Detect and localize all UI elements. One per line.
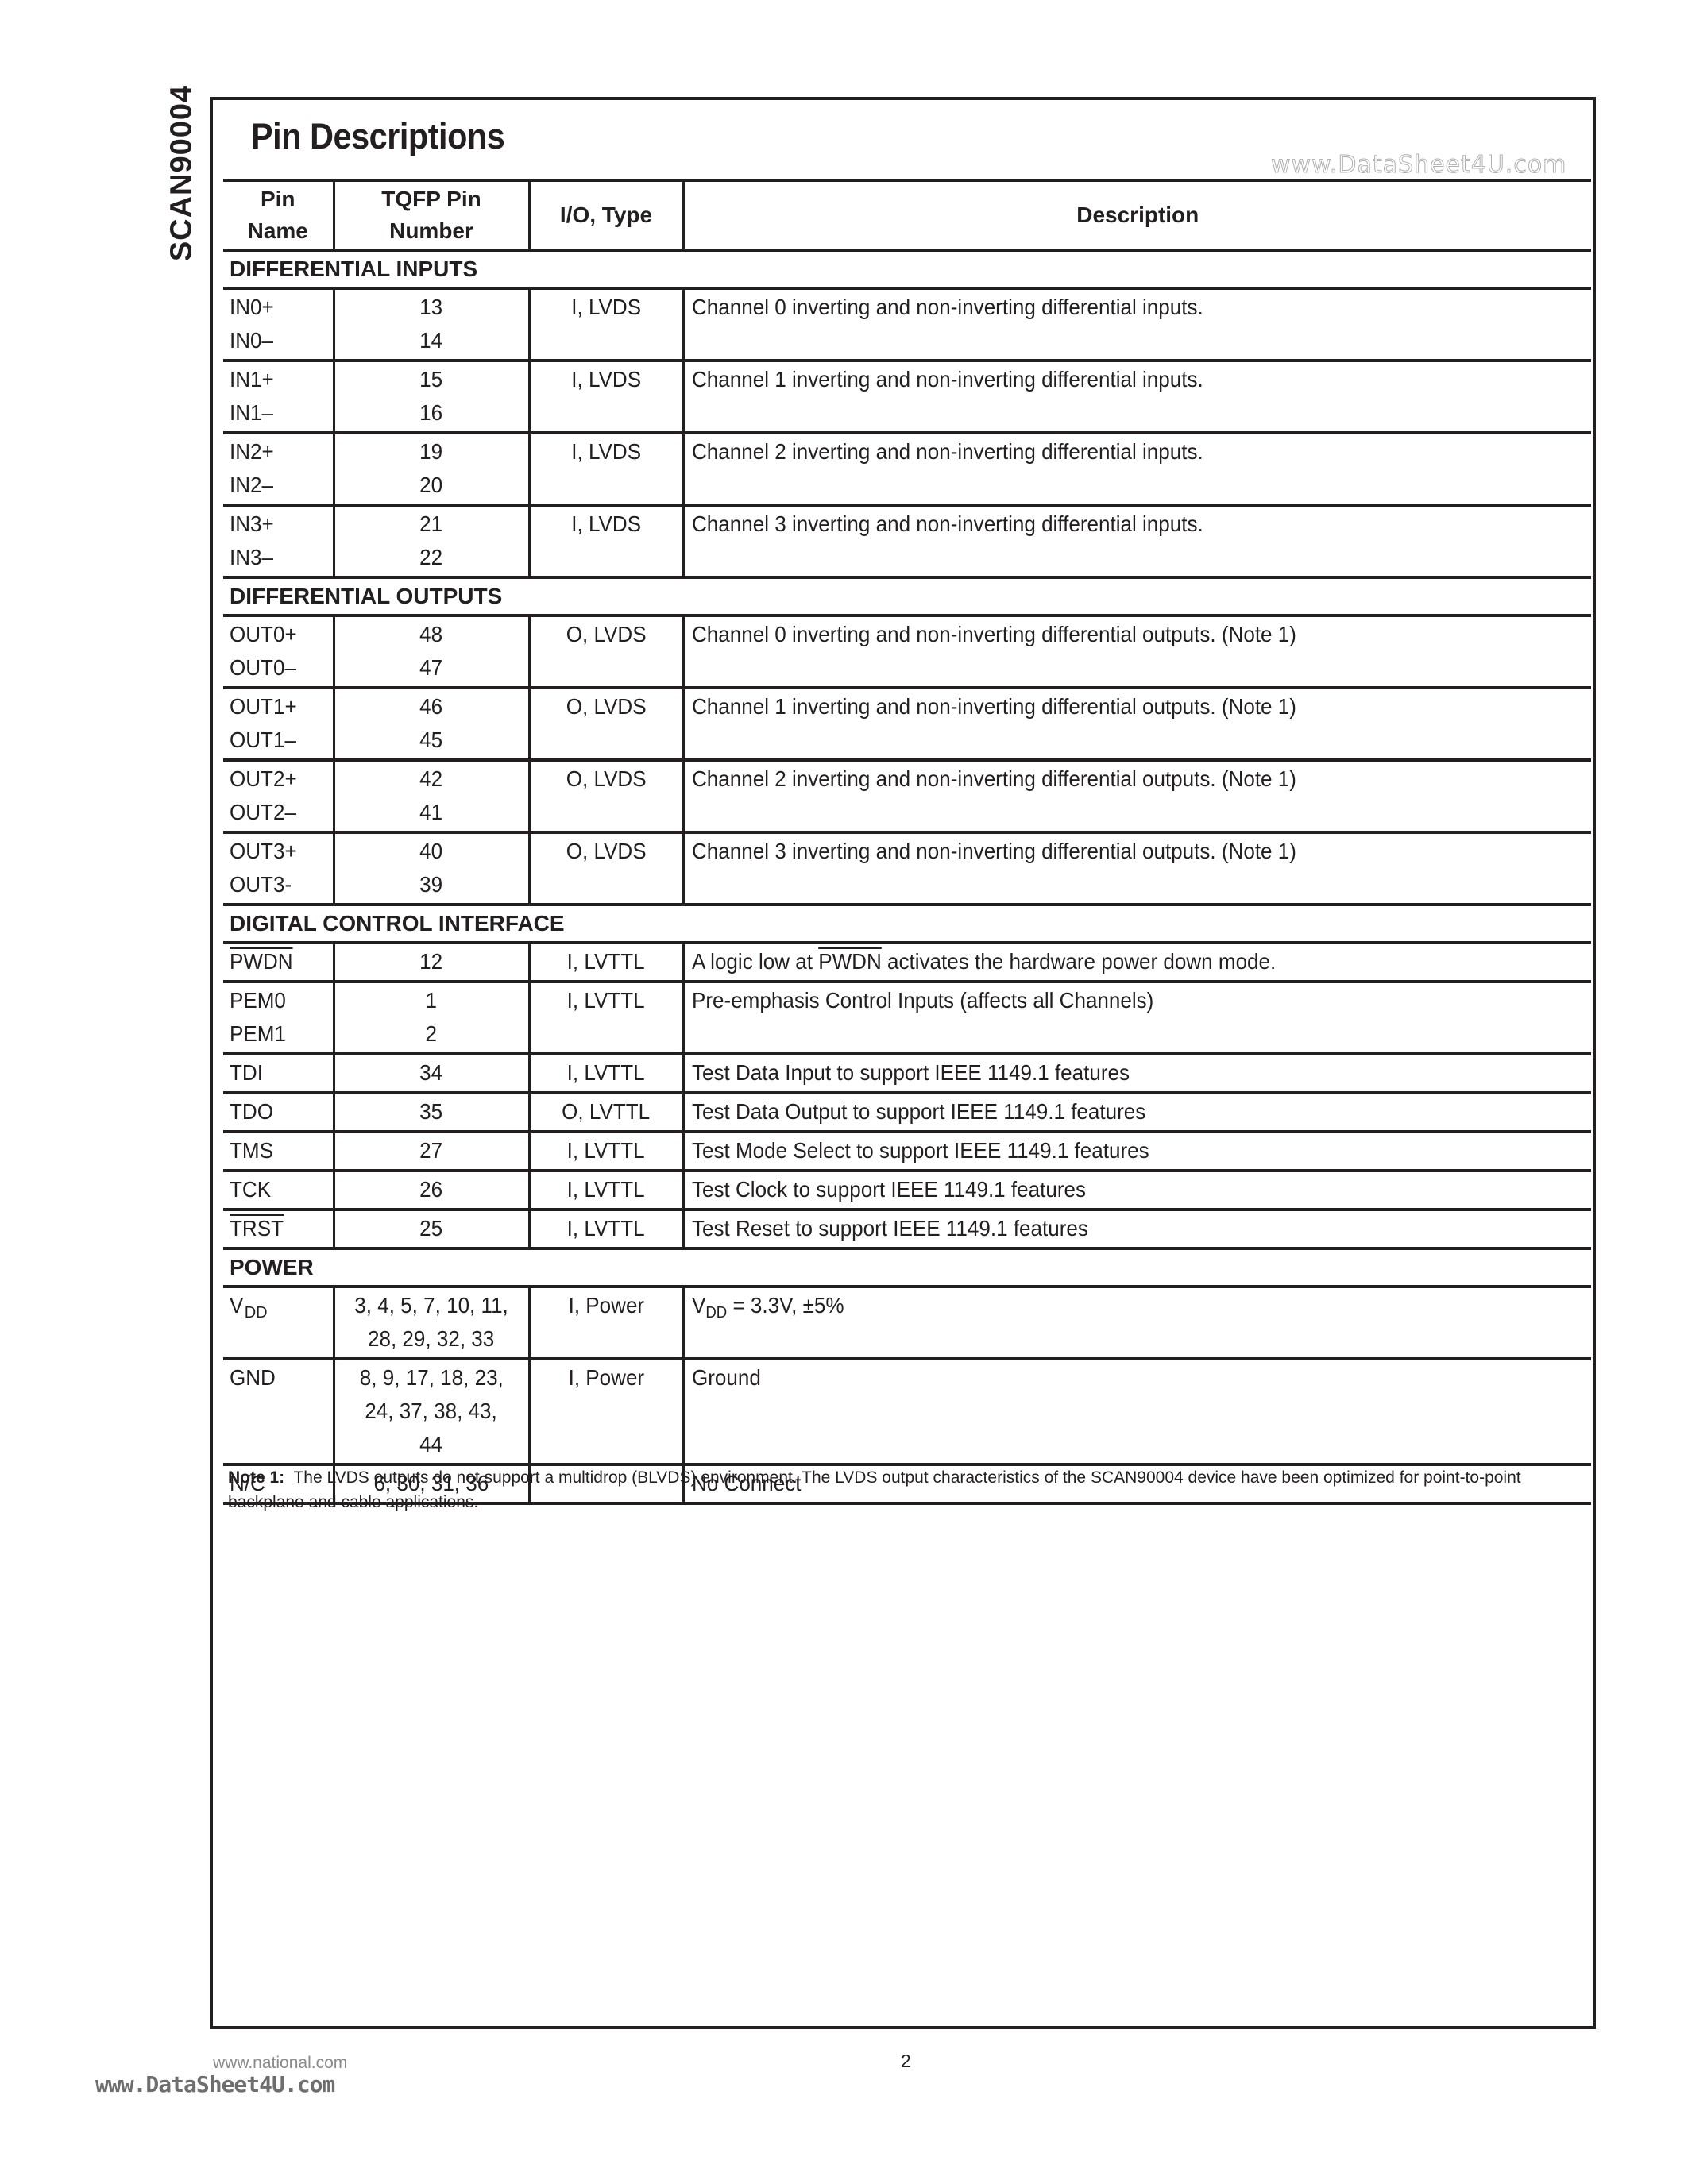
pin-number: 24, 37, 38, 43, — [365, 1395, 498, 1428]
io-type: I, LVDS — [571, 435, 641, 469]
io-type: O, LVDS — [566, 762, 647, 796]
pin-number: 34 — [420, 1056, 443, 1090]
pin-name: IN3– — [230, 541, 273, 574]
io-type: I, LVDS — [571, 507, 641, 541]
pin-name: IN3+ — [230, 507, 274, 541]
pin-number-cell: 2122 — [334, 505, 529, 577]
page-number: 2 — [901, 2051, 911, 2072]
description: Test Data Input to support IEEE 1149.1 f… — [692, 1056, 1130, 1090]
io-type: I, LVTTL — [567, 1056, 645, 1090]
description-cell: Test Data Output to support IEEE 1149.1 … — [683, 1093, 1591, 1132]
io-type-cell: I, Power — [529, 1287, 683, 1359]
pin-number-cell: 35 — [334, 1093, 529, 1132]
pin-number: 21 — [420, 507, 443, 541]
pin-name-cell: IN1+IN1– — [223, 361, 334, 433]
pin-name-cell: TDI — [223, 1054, 334, 1093]
section-title: DIFFERENTIAL INPUTS — [223, 250, 1591, 288]
description: Channel 3 inverting and non-inverting di… — [692, 507, 1203, 541]
description: Channel 2 inverting and non-inverting di… — [692, 435, 1203, 469]
description: Channel 0 inverting and non-inverting di… — [692, 618, 1296, 651]
io-type-cell: I, LVTTL — [529, 1210, 683, 1248]
pin-number-cell: 12 — [334, 943, 529, 982]
io-type-cell: I, LVTTL — [529, 943, 683, 982]
description-cell: Channel 1 inverting and non-inverting di… — [683, 688, 1591, 760]
pin-number-cell: 1516 — [334, 361, 529, 433]
description-cell: Channel 3 inverting and non-inverting di… — [683, 832, 1591, 905]
section-header-row: DIGITAL CONTROL INTERFACE — [223, 905, 1591, 943]
pin-number-cell: 25 — [334, 1210, 529, 1248]
pin-number: 19 — [420, 435, 443, 469]
pin-number: 13 — [420, 291, 443, 324]
pin-name-cell: PEM0PEM1 — [223, 982, 334, 1054]
description-cell: Ground — [683, 1359, 1591, 1464]
pin-name-cell: TCK — [223, 1171, 334, 1210]
description-cell: Channel 0 inverting and non-inverting di… — [683, 288, 1591, 361]
io-type-cell: I, LVTTL — [529, 982, 683, 1054]
table-row: TDO35O, LVTTLTest Data Output to support… — [223, 1093, 1591, 1132]
table-body: DIFFERENTIAL INPUTSIN0+IN0–1314I, LVDSCh… — [223, 250, 1591, 1503]
footer-url-link[interactable]: www.national.com — [213, 2054, 347, 2073]
pin-number-cell: 8, 9, 17, 18, 23,24, 37, 38, 43,44 — [334, 1359, 529, 1464]
pin-name: TDO — [230, 1095, 273, 1129]
pin-name-cell: TDO — [223, 1093, 334, 1132]
page-title: Pin Descriptions — [251, 116, 504, 157]
pin-number: 12 — [420, 945, 443, 978]
pin-number: 22 — [420, 541, 443, 574]
pin-name-cell: VDD — [223, 1287, 334, 1359]
table-row: TMS27I, LVTTLTest Mode Select to support… — [223, 1132, 1591, 1171]
table-row: TCK26I, LVTTLTest Clock to support IEEE … — [223, 1171, 1591, 1210]
description: Channel 0 inverting and non-inverting di… — [692, 291, 1203, 324]
description-cell: Test Data Input to support IEEE 1149.1 f… — [683, 1054, 1591, 1093]
pin-name: OUT3+ — [230, 835, 297, 868]
io-type: I, LVTTL — [567, 984, 645, 1017]
pin-descriptions-table: Pin Name TQFP Pin Number I/O, Type Descr… — [223, 179, 1591, 1505]
pin-name: PEM1 — [230, 1017, 286, 1051]
pin-number-cell: 4645 — [334, 688, 529, 760]
io-type-cell: O, LVTTL — [529, 1093, 683, 1132]
pin-number-cell: 12 — [334, 982, 529, 1054]
io-type: I, LVTTL — [567, 1134, 645, 1167]
pin-number: 46 — [420, 690, 443, 723]
pin-number: 15 — [420, 363, 443, 396]
section-header-row: DIFFERENTIAL OUTPUTS — [223, 577, 1591, 615]
pin-number: 14 — [420, 324, 443, 357]
table-row: TDI34I, LVTTLTest Data Input to support … — [223, 1054, 1591, 1093]
pin-name: GND — [230, 1361, 276, 1395]
description-cell: Test Clock to support IEEE 1149.1 featur… — [683, 1171, 1591, 1210]
pin-number: 39 — [420, 868, 443, 901]
table-row: PEM0PEM112I, LVTTLPre-emphasis Control I… — [223, 982, 1591, 1054]
pin-number: 3, 4, 5, 7, 10, 11, — [354, 1289, 508, 1322]
watermark-top: www.DataSheet4U.com — [1271, 151, 1566, 179]
io-type: I, LVDS — [571, 363, 641, 396]
io-type-cell: I, LVDS — [529, 361, 683, 433]
description-cell: Test Mode Select to support IEEE 1149.1 … — [683, 1132, 1591, 1171]
pin-number: 25 — [420, 1212, 443, 1245]
pin-name-cell: GND — [223, 1359, 334, 1464]
section-title: POWER — [223, 1248, 1591, 1287]
pin-number: 26 — [420, 1173, 443, 1206]
pin-number-cell: 3, 4, 5, 7, 10, 11,28, 29, 32, 33 — [334, 1287, 529, 1359]
pin-name: PEM0 — [230, 984, 286, 1017]
table-row: PWDN12I, LVTTLA logic low at PWDN activa… — [223, 943, 1591, 982]
pin-number-cell: 4039 — [334, 832, 529, 905]
description-cell: A logic low at PWDN activates the hardwa… — [683, 943, 1591, 982]
pin-name: TCK — [230, 1173, 271, 1206]
io-type-cell: I, LVDS — [529, 433, 683, 505]
table-row: GND8, 9, 17, 18, 23,24, 37, 38, 43,44I, … — [223, 1359, 1591, 1464]
io-type: O, LVDS — [566, 835, 647, 868]
io-type: O, LVDS — [566, 690, 647, 723]
pin-name: IN2+ — [230, 435, 274, 469]
io-type: I, LVTTL — [567, 1212, 645, 1245]
header-pin-name: Pin Name — [223, 180, 334, 250]
pin-number: 8, 9, 17, 18, 23, — [360, 1361, 504, 1395]
pin-number: 16 — [420, 396, 443, 430]
pin-name-cell: IN2+IN2– — [223, 433, 334, 505]
pin-name-cell: PWDN — [223, 943, 334, 982]
description: Test Reset to support IEEE 1149.1 featur… — [692, 1212, 1088, 1245]
pin-number: 48 — [420, 618, 443, 651]
pin-name: TMS — [230, 1134, 273, 1167]
io-type-cell: I, LVDS — [529, 288, 683, 361]
pin-number-cell: 1314 — [334, 288, 529, 361]
footnote-text: The LVDS outputs do not support a multid… — [228, 1468, 1521, 1511]
table-row: OUT2+OUT2–4241O, LVDSChannel 2 inverting… — [223, 760, 1591, 832]
io-type-cell: I, Power — [529, 1359, 683, 1464]
table-row: TRST25I, LVTTLTest Reset to support IEEE… — [223, 1210, 1591, 1248]
pin-number: 42 — [420, 762, 443, 796]
description: Test Clock to support IEEE 1149.1 featur… — [692, 1173, 1086, 1206]
pin-name: IN2– — [230, 469, 273, 502]
pin-name: OUT2– — [230, 796, 296, 829]
part-number-text: SCAN90004 — [165, 85, 199, 261]
pin-number: 27 — [420, 1134, 443, 1167]
pin-name-cell: IN0+IN0– — [223, 288, 334, 361]
description: Test Mode Select to support IEEE 1149.1 … — [692, 1134, 1149, 1167]
description: Test Data Output to support IEEE 1149.1 … — [692, 1095, 1145, 1129]
pin-number: 28, 29, 32, 33 — [368, 1322, 494, 1356]
description: Channel 2 inverting and non-inverting di… — [692, 762, 1296, 796]
pin-number-cell: 27 — [334, 1132, 529, 1171]
io-type: I, Power — [568, 1361, 644, 1395]
table-row: IN1+IN1–1516I, LVDSChannel 1 inverting a… — [223, 361, 1591, 433]
io-type-cell: O, LVDS — [529, 760, 683, 832]
pin-name-cell: TRST — [223, 1210, 334, 1248]
pin-number: 35 — [420, 1095, 443, 1129]
io-type: O, LVDS — [566, 618, 647, 651]
pin-number: 44 — [420, 1428, 443, 1461]
pin-name: OUT3- — [230, 868, 292, 901]
pin-name: IN0– — [230, 324, 273, 357]
part-number-side-label: SCAN90004 — [164, 94, 200, 253]
pin-name: TDI — [230, 1056, 263, 1090]
io-type: I, LVDS — [571, 291, 641, 324]
description-cell: Channel 3 inverting and non-inverting di… — [683, 505, 1591, 577]
io-type-cell: O, LVDS — [529, 688, 683, 760]
pin-number: 47 — [420, 651, 443, 685]
pin-number-cell: 26 — [334, 1171, 529, 1210]
pin-name-cell: OUT2+OUT2– — [223, 760, 334, 832]
io-type: I, Power — [568, 1289, 644, 1322]
table-row: OUT1+OUT1–4645O, LVDSChannel 1 inverting… — [223, 688, 1591, 760]
header-io-type: I/O, Type — [529, 180, 683, 250]
table-row: IN0+IN0–1314I, LVDSChannel 0 inverting a… — [223, 288, 1591, 361]
pin-number: 41 — [420, 796, 443, 829]
table-row: IN2+IN2–1920I, LVDSChannel 2 inverting a… — [223, 433, 1591, 505]
pin-number-cell: 4241 — [334, 760, 529, 832]
io-type-cell: I, LVTTL — [529, 1054, 683, 1093]
description-cell: Pre-emphasis Control Inputs (affects all… — [683, 982, 1591, 1054]
pin-name: OUT0– — [230, 651, 296, 685]
pin-name-cell: IN3+IN3– — [223, 505, 334, 577]
watermark-bottom: www.DataSheet4U.com — [95, 2071, 334, 2097]
description: Channel 1 inverting and non-inverting di… — [692, 690, 1296, 723]
description-cell: Channel 1 inverting and non-inverting di… — [683, 361, 1591, 433]
header-pin-number: TQFP Pin Number — [334, 180, 529, 250]
section-header-row: DIFFERENTIAL INPUTS — [223, 250, 1591, 288]
pin-number: 20 — [420, 469, 443, 502]
pin-name: OUT1– — [230, 723, 296, 757]
pin-number-cell: 1920 — [334, 433, 529, 505]
io-type-cell: I, LVTTL — [529, 1132, 683, 1171]
description-cell: VDD = 3.3V, ±5% — [683, 1287, 1591, 1359]
pin-name: TRST — [230, 1212, 284, 1245]
section-header-row: POWER — [223, 1248, 1591, 1287]
pin-name: PWDN — [230, 945, 293, 978]
io-type: O, LVTTL — [562, 1095, 651, 1129]
io-type: I, LVTTL — [567, 945, 645, 978]
pin-number-cell: 4847 — [334, 615, 529, 688]
footnote-label: Note 1: — [228, 1468, 284, 1487]
section-title: DIGITAL CONTROL INTERFACE — [223, 905, 1591, 943]
table-row: VDD3, 4, 5, 7, 10, 11,28, 29, 32, 33I, P… — [223, 1287, 1591, 1359]
table-row: OUT3+OUT3-4039O, LVDSChannel 3 inverting… — [223, 832, 1591, 905]
footnote: Note 1: The LVDS outputs do not support … — [228, 1465, 1586, 1515]
pin-name-subscript: DD — [245, 1304, 268, 1322]
pin-name-cell: TMS — [223, 1132, 334, 1171]
table-row: OUT0+OUT0–4847O, LVDSChannel 0 inverting… — [223, 615, 1591, 688]
io-type-cell: O, LVDS — [529, 832, 683, 905]
pin-number-cell: 34 — [334, 1054, 529, 1093]
description-cell: Channel 2 inverting and non-inverting di… — [683, 433, 1591, 505]
pin-name: V — [230, 1289, 243, 1322]
pin-name: OUT2+ — [230, 762, 297, 796]
description: A logic low at PWDN activates the hardwa… — [692, 945, 1276, 978]
pin-name-cell: OUT0+OUT0– — [223, 615, 334, 688]
pin-name: IN1– — [230, 396, 273, 430]
description: Channel 1 inverting and non-inverting di… — [692, 363, 1203, 396]
section-title: DIFFERENTIAL OUTPUTS — [223, 577, 1591, 615]
description: VDD = 3.3V, ±5% — [692, 1289, 844, 1322]
pin-number: 1 — [426, 984, 437, 1017]
io-type-cell: O, LVDS — [529, 615, 683, 688]
pin-number: 45 — [420, 723, 443, 757]
io-type: I, LVTTL — [567, 1173, 645, 1206]
table-header-row: Pin Name TQFP Pin Number I/O, Type Descr… — [223, 180, 1591, 250]
io-type-cell: I, LVTTL — [529, 1171, 683, 1210]
pin-name: IN1+ — [230, 363, 274, 396]
pin-name: IN0+ — [230, 291, 274, 324]
pin-name: OUT0+ — [230, 618, 297, 651]
description: Pre-emphasis Control Inputs (affects all… — [692, 984, 1153, 1017]
description-cell: Channel 0 inverting and non-inverting di… — [683, 615, 1591, 688]
description-cell: Channel 2 inverting and non-inverting di… — [683, 760, 1591, 832]
description: Ground — [692, 1361, 761, 1395]
pin-number: 40 — [420, 835, 443, 868]
pin-name-cell: OUT3+OUT3- — [223, 832, 334, 905]
description: Channel 3 inverting and non-inverting di… — [692, 835, 1296, 868]
description-cell: Test Reset to support IEEE 1149.1 featur… — [683, 1210, 1591, 1248]
table-row: IN3+IN3–2122I, LVDSChannel 3 inverting a… — [223, 505, 1591, 577]
header-description: Description — [683, 180, 1591, 250]
pin-number: 2 — [426, 1017, 437, 1051]
pin-name: OUT1+ — [230, 690, 297, 723]
pin-name-cell: OUT1+OUT1– — [223, 688, 334, 760]
io-type-cell: I, LVDS — [529, 505, 683, 577]
